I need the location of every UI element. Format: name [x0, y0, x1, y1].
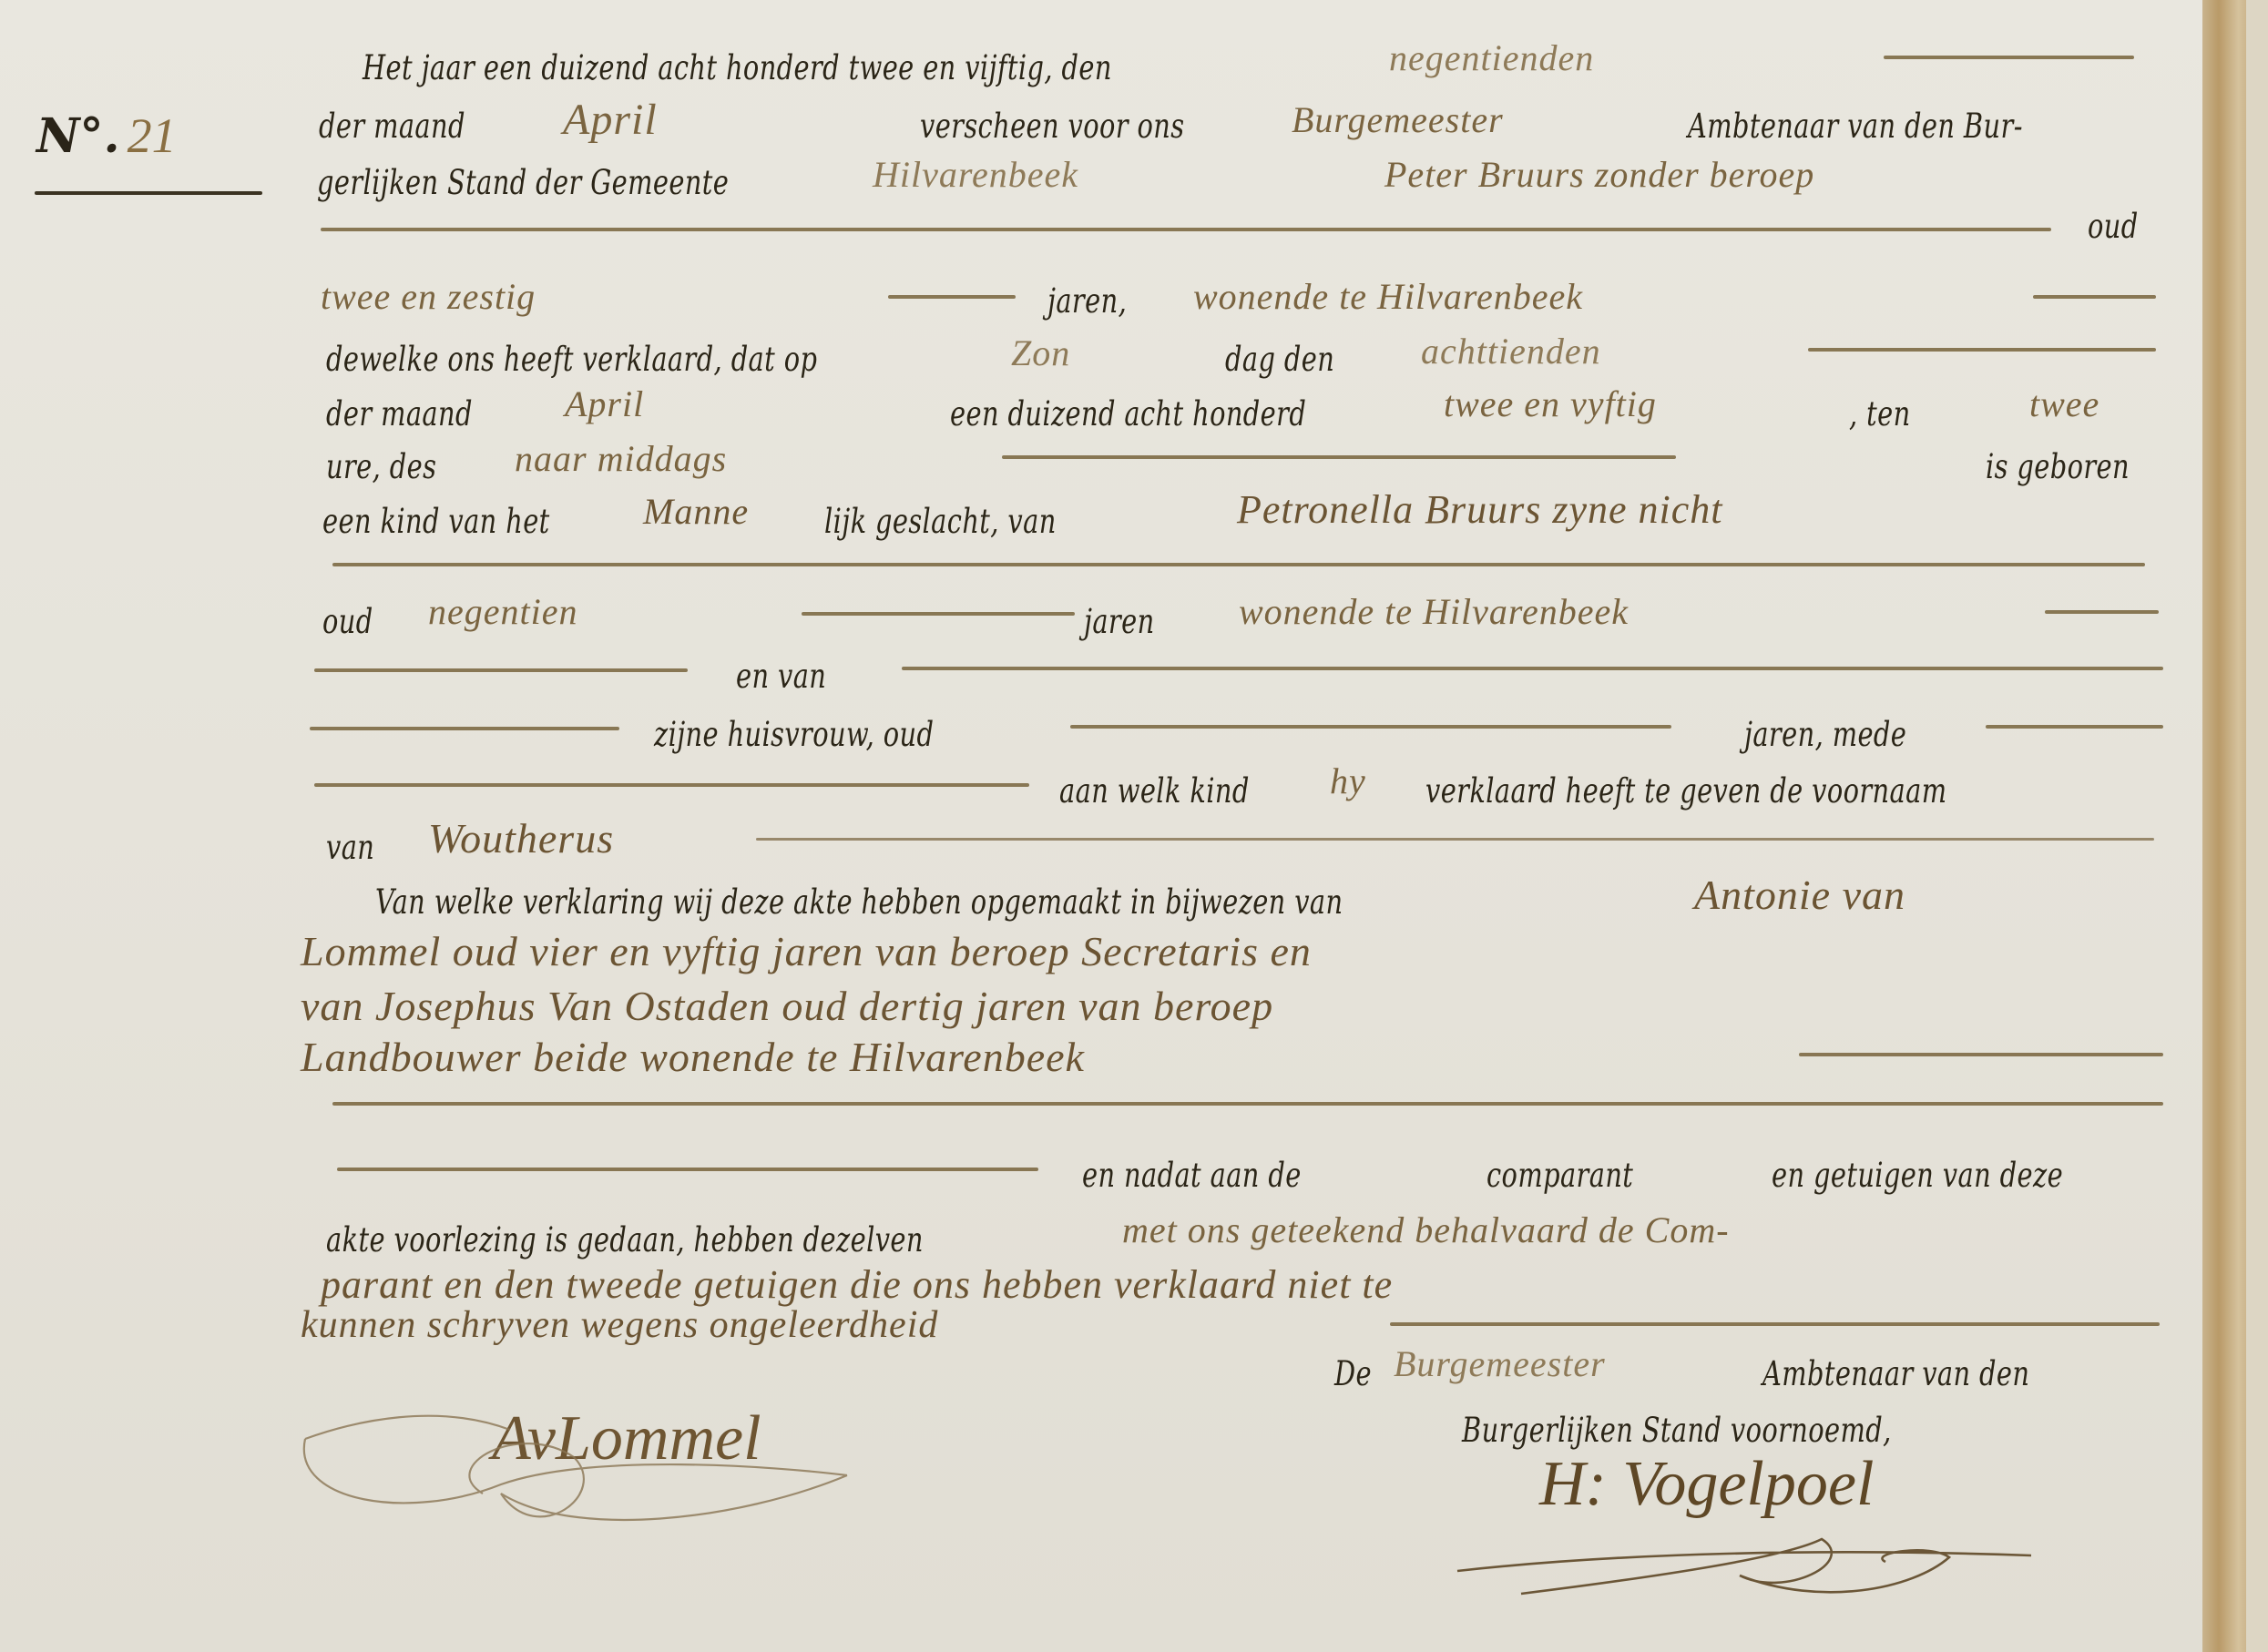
- fill-rule: [337, 1168, 1038, 1171]
- line-15: Van welke verklaring wij deze akte hebbe…: [0, 865, 2204, 920]
- handwritten-mother-residence: wonende te Hilvarenbeek: [1239, 594, 1629, 630]
- printed-text: dag den: [1225, 342, 1334, 376]
- fill-rule: [332, 1102, 2163, 1106]
- printed-text: oud: [322, 605, 373, 638]
- line-6: dewelke ons heeft verklaard, dat op Zon …: [0, 322, 2204, 377]
- printed-text: jaren,: [1047, 284, 1127, 318]
- printed-text: jaren: [1084, 605, 1155, 638]
- fill-rule: [1070, 725, 1671, 729]
- printed-text: aan welk kind: [1059, 774, 1250, 808]
- line-3: gerlijken Stand der Gemeente Hilvarenbee…: [0, 146, 2204, 200]
- binding-edge: [2202, 0, 2268, 1652]
- printed-text: Ambtenaar van den Bur-: [1688, 109, 2023, 143]
- fill-rule: [1002, 455, 1676, 459]
- line-10: oud negentien jaren wonende te Hilvarenb…: [0, 585, 2204, 639]
- fill-rule: [888, 295, 1016, 299]
- printed-text: oud: [2088, 209, 2139, 243]
- signature-flourish-icon: [301, 1366, 865, 1585]
- official-signature: H: Vogelpoel: [1439, 1439, 2131, 1621]
- register-page: N°.21 Het jaar een duizend acht honderd …: [0, 0, 2204, 1652]
- handwritten-witness-1: Antonie van: [1694, 874, 1905, 916]
- line-8: ure, des naar middags is geboren: [0, 430, 2204, 484]
- handwritten-weekday: Zon: [1011, 335, 1070, 372]
- printed-text: , ten: [1849, 397, 1911, 431]
- printed-text: van: [326, 831, 374, 864]
- line-9: een kind van het Manne lijk geslacht, va…: [0, 484, 2204, 539]
- fill-rule: [332, 563, 2145, 566]
- printed-text: ure, des: [326, 450, 436, 484]
- fill-rule: [1884, 56, 2134, 59]
- handwritten-child-name: Woutherus: [428, 818, 614, 860]
- fill-rule: [756, 838, 2154, 841]
- fill-rule: [2033, 295, 2156, 299]
- printed-text: verklaard heeft te geven de voornaam: [1425, 774, 1946, 808]
- fill-rule: [321, 228, 2051, 231]
- handwritten-pronoun: hy: [1330, 763, 1366, 800]
- printed-text: der maand: [319, 109, 465, 143]
- printed-text: jaren, mede: [1744, 718, 1906, 751]
- handwritten-birth-hour: twee: [2029, 386, 2099, 423]
- fill-rule: [314, 668, 688, 672]
- line-20: akte voorlezing is gedaan, hebben dezelv…: [0, 1207, 2204, 1261]
- handwritten-sex: Manne: [643, 494, 749, 530]
- handwritten-closing-title: Burgemeester: [1394, 1346, 1606, 1382]
- line-17: van Josephus Van Ostaden oud dertig jare…: [0, 976, 2204, 1031]
- handwritten-official-title: Burgemeester: [1292, 102, 1504, 138]
- fill-rule: [1799, 1053, 2163, 1056]
- printed-text: een kind van het: [322, 505, 550, 538]
- handwritten-birth-month: April: [565, 386, 644, 423]
- fill-rule: [2045, 610, 2159, 614]
- line-16: Lommel oud vier en vyftig jaren van bero…: [0, 922, 2204, 976]
- printed-text: Ambtenaar van den: [1762, 1357, 2029, 1391]
- printed-text: is geboren: [1986, 450, 2130, 484]
- printed-text: comparant: [1486, 1158, 1633, 1192]
- handwritten-municipality: Hilvarenbeek: [873, 157, 1078, 193]
- line-14: van Woutherus: [0, 811, 2204, 865]
- line-4: oud: [0, 202, 2204, 257]
- witness-signature: AvLommel: [301, 1366, 847, 1585]
- printed-text: Van welke verklaring wij deze akte hebbe…: [375, 885, 1343, 919]
- printed-text: gerlijken Stand der Gemeente: [317, 166, 729, 199]
- line-12: zijne huisvrouw, oud jaren, mede: [0, 701, 2204, 756]
- signature-flourish-icon: [1439, 1439, 2131, 1621]
- handwritten-mother-age: negentien: [428, 594, 578, 630]
- printed-text: akte voorlezing is gedaan, hebben dezelv…: [326, 1223, 924, 1257]
- printed-text: en getuigen van deze: [1772, 1158, 2063, 1192]
- handwritten-declarant: Peter Bruurs zonder beroep: [1384, 157, 1814, 193]
- fill-rule: [1390, 1322, 2160, 1326]
- fill-rule: [314, 783, 1029, 787]
- line-7: der maand April een duizend acht honderd…: [0, 377, 2204, 432]
- printed-text: en nadat aan de: [1082, 1158, 1302, 1192]
- printed-text: een duizend acht honderd: [950, 397, 1306, 431]
- line-18: Landbouwer beide wonende te Hilvarenbeek: [0, 1031, 2204, 1086]
- line-19: en nadat aan de comparant en getuigen va…: [0, 1147, 2204, 1202]
- handwritten-day: negentienden: [1389, 40, 1594, 76]
- handwritten-time-of-day: naar middags: [515, 441, 727, 477]
- fill-rule: [902, 667, 2163, 670]
- printed-text: der maand: [326, 397, 473, 431]
- handwritten-mother: Petronella Bruurs zyne nicht: [1237, 490, 1723, 530]
- printed-text: zijne huisvrouw, oud: [654, 718, 934, 751]
- handwritten-age: twee en zestig: [321, 279, 536, 315]
- fill-rule: [802, 612, 1075, 616]
- handwritten-residence: wonende te Hilvarenbeek: [1193, 279, 1583, 315]
- handwritten-signing-note: met ons geteekend behalvaard de Com-: [1122, 1212, 1730, 1249]
- line-11: en van: [0, 643, 2204, 698]
- handwritten-signing-note-cont: parant en den tweede getuigen die ons he…: [321, 1265, 1393, 1305]
- handwritten-month: April: [563, 98, 658, 142]
- printed-text: dewelke ons heeft verklaard, dat op: [326, 342, 817, 376]
- fill-rule: [1808, 348, 2156, 352]
- handwritten-witness-1-details: Lommel oud vier en vyftig jaren van bero…: [301, 931, 1312, 973]
- fill-rule: [310, 727, 619, 730]
- printed-text: verscheen voor ons: [920, 109, 1184, 143]
- printed-text: en van: [736, 659, 826, 693]
- printed-text: Het jaar een duizend acht honderd twee e…: [363, 51, 1112, 85]
- handwritten-birth-year: twee en vyftig: [1444, 386, 1657, 423]
- line-5: twee en zestig jaren, wonende te Hilvare…: [0, 266, 2204, 321]
- handwritten-witness-2-occupation: Landbouwer beide wonende te Hilvarenbeek: [301, 1036, 1085, 1078]
- handwritten-birth-day: achttienden: [1421, 333, 1601, 370]
- printed-text: De: [1334, 1357, 1372, 1391]
- printed-text: lijk geslacht, van: [824, 505, 1057, 538]
- line-1: Het jaar een duizend acht honderd twee e…: [0, 33, 2204, 87]
- fill-rule: [1986, 725, 2163, 729]
- handwritten-witness-2-details: van Josephus Van Ostaden oud dertig jare…: [301, 985, 1273, 1027]
- line-13: aan welk kind hy verklaard heeft te geve…: [0, 758, 2204, 812]
- line-2: der maand April verscheen voor ons Burge…: [0, 89, 2204, 144]
